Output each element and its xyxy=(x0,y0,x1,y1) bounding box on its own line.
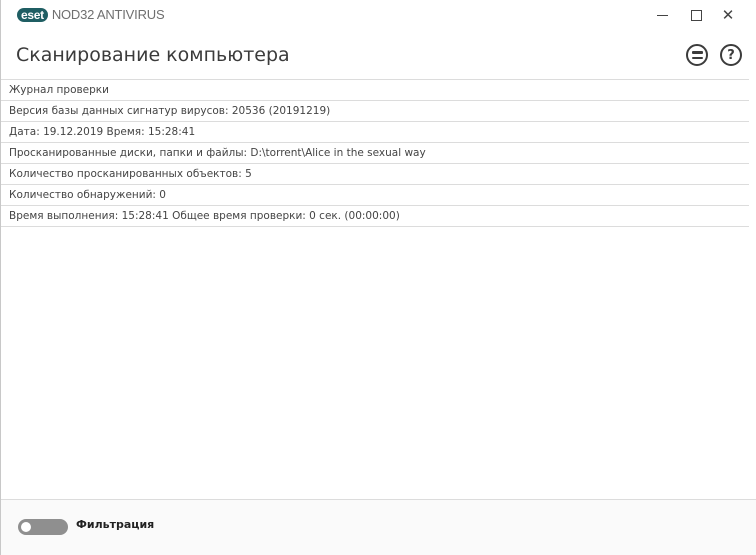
minimize-icon xyxy=(657,15,668,16)
minimize-button[interactable] xyxy=(647,4,677,26)
log-row[interactable]: Версия базы данных сигнатур вирусов: 205… xyxy=(1,101,749,122)
app-logo: eset NOD32 ANTIVIRUS xyxy=(17,7,164,22)
toggle-knob xyxy=(21,522,31,532)
log-row[interactable]: Количество просканированных объектов: 5 xyxy=(1,164,749,185)
close-icon: ✕ xyxy=(722,8,735,23)
log-row[interactable]: Количество обнаружений: 0 xyxy=(1,185,749,206)
close-button[interactable]: ✕ xyxy=(713,4,743,26)
filter-toggle[interactable] xyxy=(18,519,68,535)
maximize-icon xyxy=(691,10,702,21)
menu-icon xyxy=(692,51,703,59)
title-bar: eset NOD32 ANTIVIRUS ✕ xyxy=(1,0,756,30)
maximize-button[interactable] xyxy=(681,4,711,26)
help-icon: ? xyxy=(727,49,735,62)
menu-button[interactable] xyxy=(686,44,708,66)
app-window: eset NOD32 ANTIVIRUS ✕ Сканирование комп… xyxy=(0,0,756,555)
app-name: NOD32 ANTIVIRUS xyxy=(52,7,165,22)
log-row[interactable]: Дата: 19.12.2019 Время: 15:28:41 xyxy=(1,122,749,143)
filter-label: Фильтрация xyxy=(76,518,154,531)
log-row[interactable]: Просканированные диски, папки и файлы: D… xyxy=(1,143,749,164)
page-title: Сканирование компьютера xyxy=(16,44,290,66)
log-row[interactable]: Журнал проверки xyxy=(1,80,749,101)
scan-log-list: Журнал проверкиВерсия базы данных сигнат… xyxy=(1,79,749,227)
footer-bar: Фильтрация xyxy=(1,499,756,555)
log-row[interactable]: Время выполнения: 15:28:41 Общее время п… xyxy=(1,206,749,227)
help-button[interactable]: ? xyxy=(720,44,742,66)
eset-logo-badge: eset xyxy=(17,8,48,22)
